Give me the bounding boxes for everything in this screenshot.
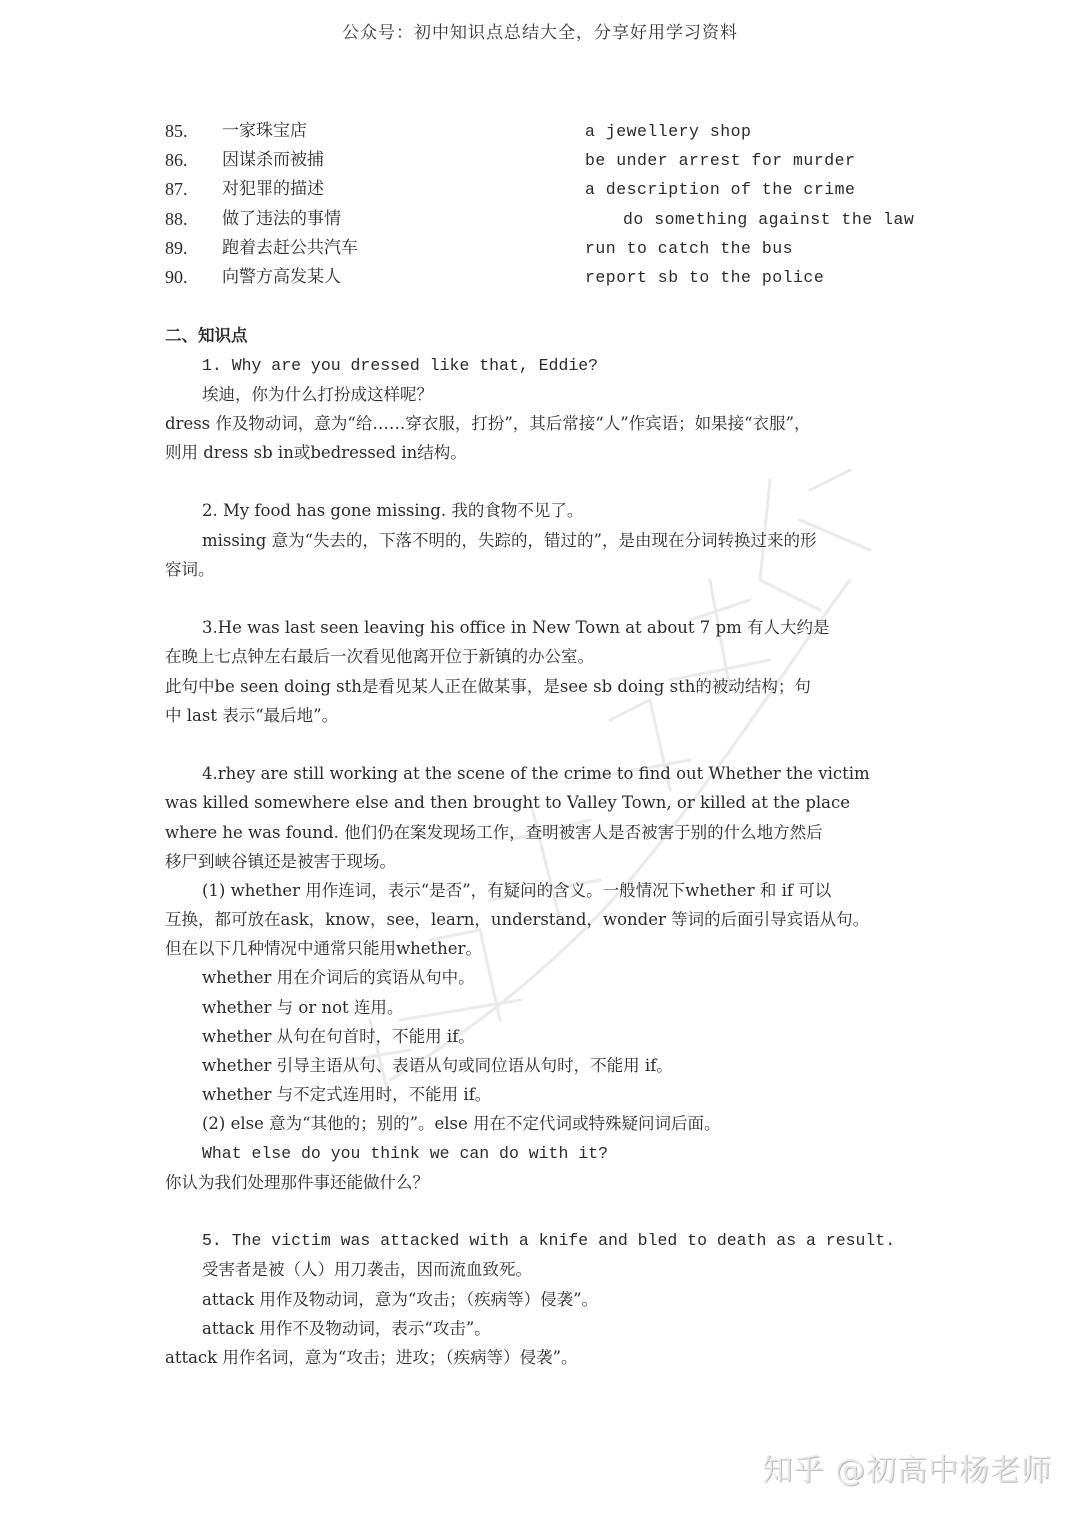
vocab-english: be under arrest for murder [585, 146, 855, 175]
example-sentence-cn: 受害者是被（人）用刀袭击，因而流血致死。 [165, 1255, 955, 1284]
vocab-item: 90. 向警方高发某人 report sb to the police [165, 263, 955, 292]
example-sentence: where he was found. 他们仍在案发现场工作，查明被害人是否被害… [165, 818, 955, 847]
vocab-chinese: 向警方高发某人 [222, 263, 341, 292]
rule-item: whether 从句在句首时，不能用 if。 [165, 1022, 955, 1051]
explanation-text: 则用 dress sb in或bedressed in结构。 [165, 438, 955, 467]
explanation-text: 中 last 表示“最后地”。 [165, 701, 955, 730]
vocab-english: do something against the law [623, 205, 914, 234]
vocab-number: 88. [165, 205, 188, 234]
explanation-text: 互换，都可放在ask，know，see，learn，understand，won… [165, 905, 955, 934]
vocab-item: 87. 对犯罪的描述 a description of the crime [165, 175, 955, 204]
knowledge-point-2: 2. My food has gone missing. 我的食物不见了。 mi… [165, 496, 955, 584]
section-title: 二、知识点 [165, 321, 955, 350]
example-sentence-en: 1. Why are you dressed like that, Eddie? [165, 351, 955, 380]
page-header: 公众号：初中知识点总结大全，分享好用学习资料 [0, 18, 1080, 43]
vocab-chinese: 因谋杀而被捕 [222, 146, 324, 175]
vocab-item: 88. 做了违法的事情 do something against the law [165, 205, 955, 234]
explanation-text: 此句中be seen doing sth是看见某人正在做某事，是see sb d… [165, 672, 955, 701]
vocab-list: 85. 一家珠宝店 a jewellery shop 86. 因谋杀而被捕 be… [165, 117, 955, 292]
vocab-number: 87. [165, 175, 188, 204]
vocab-english: run to catch the bus [585, 234, 793, 263]
vocab-chinese: 对犯罪的描述 [222, 175, 324, 204]
explanation-text: (2) else 意为“其他的；别的”。else 用在不定代词或特殊疑问词后面。 [165, 1109, 955, 1138]
explanation-text: attack 用作不及物动词，表示“攻击”。 [165, 1314, 955, 1343]
example-sentence: 4.rhey are still working at the scene of… [165, 759, 955, 788]
knowledge-point-3: 3.He was last seen leaving his office in… [165, 613, 955, 730]
spacer [165, 730, 955, 759]
example-sentence: was killed somewhere else and then broug… [165, 788, 955, 817]
explanation-text: dress 作及物动词，意为“给……穿衣服，打扮”，其后常接“人”作宾语；如果接… [165, 409, 955, 438]
rule-item: whether 引导主语从句、表语从句或同位语从句时，不能用 if。 [165, 1051, 955, 1080]
vocab-english: report sb to the police [585, 263, 824, 292]
vocab-english: a description of the crime [585, 175, 855, 204]
example-sentence: 3.He was last seen leaving his office in… [165, 613, 955, 642]
example-sentence-en: 5. The victim was attacked with a knife … [165, 1226, 955, 1255]
example-sentence: 移尸到峡谷镇还是被害于现场。 [165, 847, 955, 876]
vocab-chinese: 跑着去赶公共汽车 [222, 234, 358, 263]
spacer [165, 467, 955, 496]
vocab-number: 90. [165, 263, 188, 292]
document-page: 85. 一家珠宝店 a jewellery shop 86. 因谋杀而被捕 be… [165, 117, 955, 1372]
knowledge-point-4: 4.rhey are still working at the scene of… [165, 759, 955, 1197]
example-sentence-cn: 你认为我们处理那件事还能做什么？ [165, 1168, 955, 1197]
vocab-number: 86. [165, 146, 188, 175]
knowledge-point-5: 5. The victim was attacked with a knife … [165, 1226, 955, 1372]
explanation-text: 容词。 [165, 555, 955, 584]
vocab-chinese: 做了违法的事情 [222, 205, 341, 234]
knowledge-point-1: 1. Why are you dressed like that, Eddie?… [165, 351, 955, 468]
spacer [165, 292, 955, 321]
vocab-number: 85. [165, 117, 188, 146]
rule-item: whether 与不定式连用时，不能用 if。 [165, 1080, 955, 1109]
vocab-item: 89. 跑着去赶公共汽车 run to catch the bus [165, 234, 955, 263]
explanation-text: (1) whether 用作连词，表示“是否”，有疑问的含义。一般情况下whet… [165, 876, 955, 905]
explanation-text: attack 用作名词，意为“攻击；进攻；（疾病等）侵袭”。 [165, 1343, 955, 1372]
explanation-text: missing 意为“失去的，下落不明的，失踪的，错过的”，是由现在分词转换过来… [165, 526, 955, 555]
spacer [165, 584, 955, 613]
rule-item: whether 与 or not 连用。 [165, 993, 955, 1022]
zhihu-attribution: 知乎 @初高中杨老师 [762, 1445, 1052, 1489]
vocab-item: 86. 因谋杀而被捕 be under arrest for murder [165, 146, 955, 175]
explanation-text: attack 用作及物动词，意为“攻击；（疾病等）侵袭”。 [165, 1285, 955, 1314]
vocab-item: 85. 一家珠宝店 a jewellery shop [165, 117, 955, 146]
example-sentence: 2. My food has gone missing. 我的食物不见了。 [165, 496, 955, 525]
example-sentence: 在晚上七点钟左右最后一次看见他离开位于新镇的办公室。 [165, 642, 955, 671]
spacer [165, 1197, 955, 1226]
vocab-number: 89. [165, 234, 188, 263]
example-sentence-cn: 埃迪，你为什么打扮成这样呢？ [165, 380, 955, 409]
vocab-chinese: 一家珠宝店 [222, 117, 307, 146]
explanation-text: 但在以下几种情况中通常只能用whether。 [165, 934, 955, 963]
vocab-english: a jewellery shop [585, 117, 751, 146]
example-sentence-en: What else do you think we can do with it… [165, 1139, 955, 1168]
rule-item: whether 用在介词后的宾语从句中。 [165, 963, 955, 992]
